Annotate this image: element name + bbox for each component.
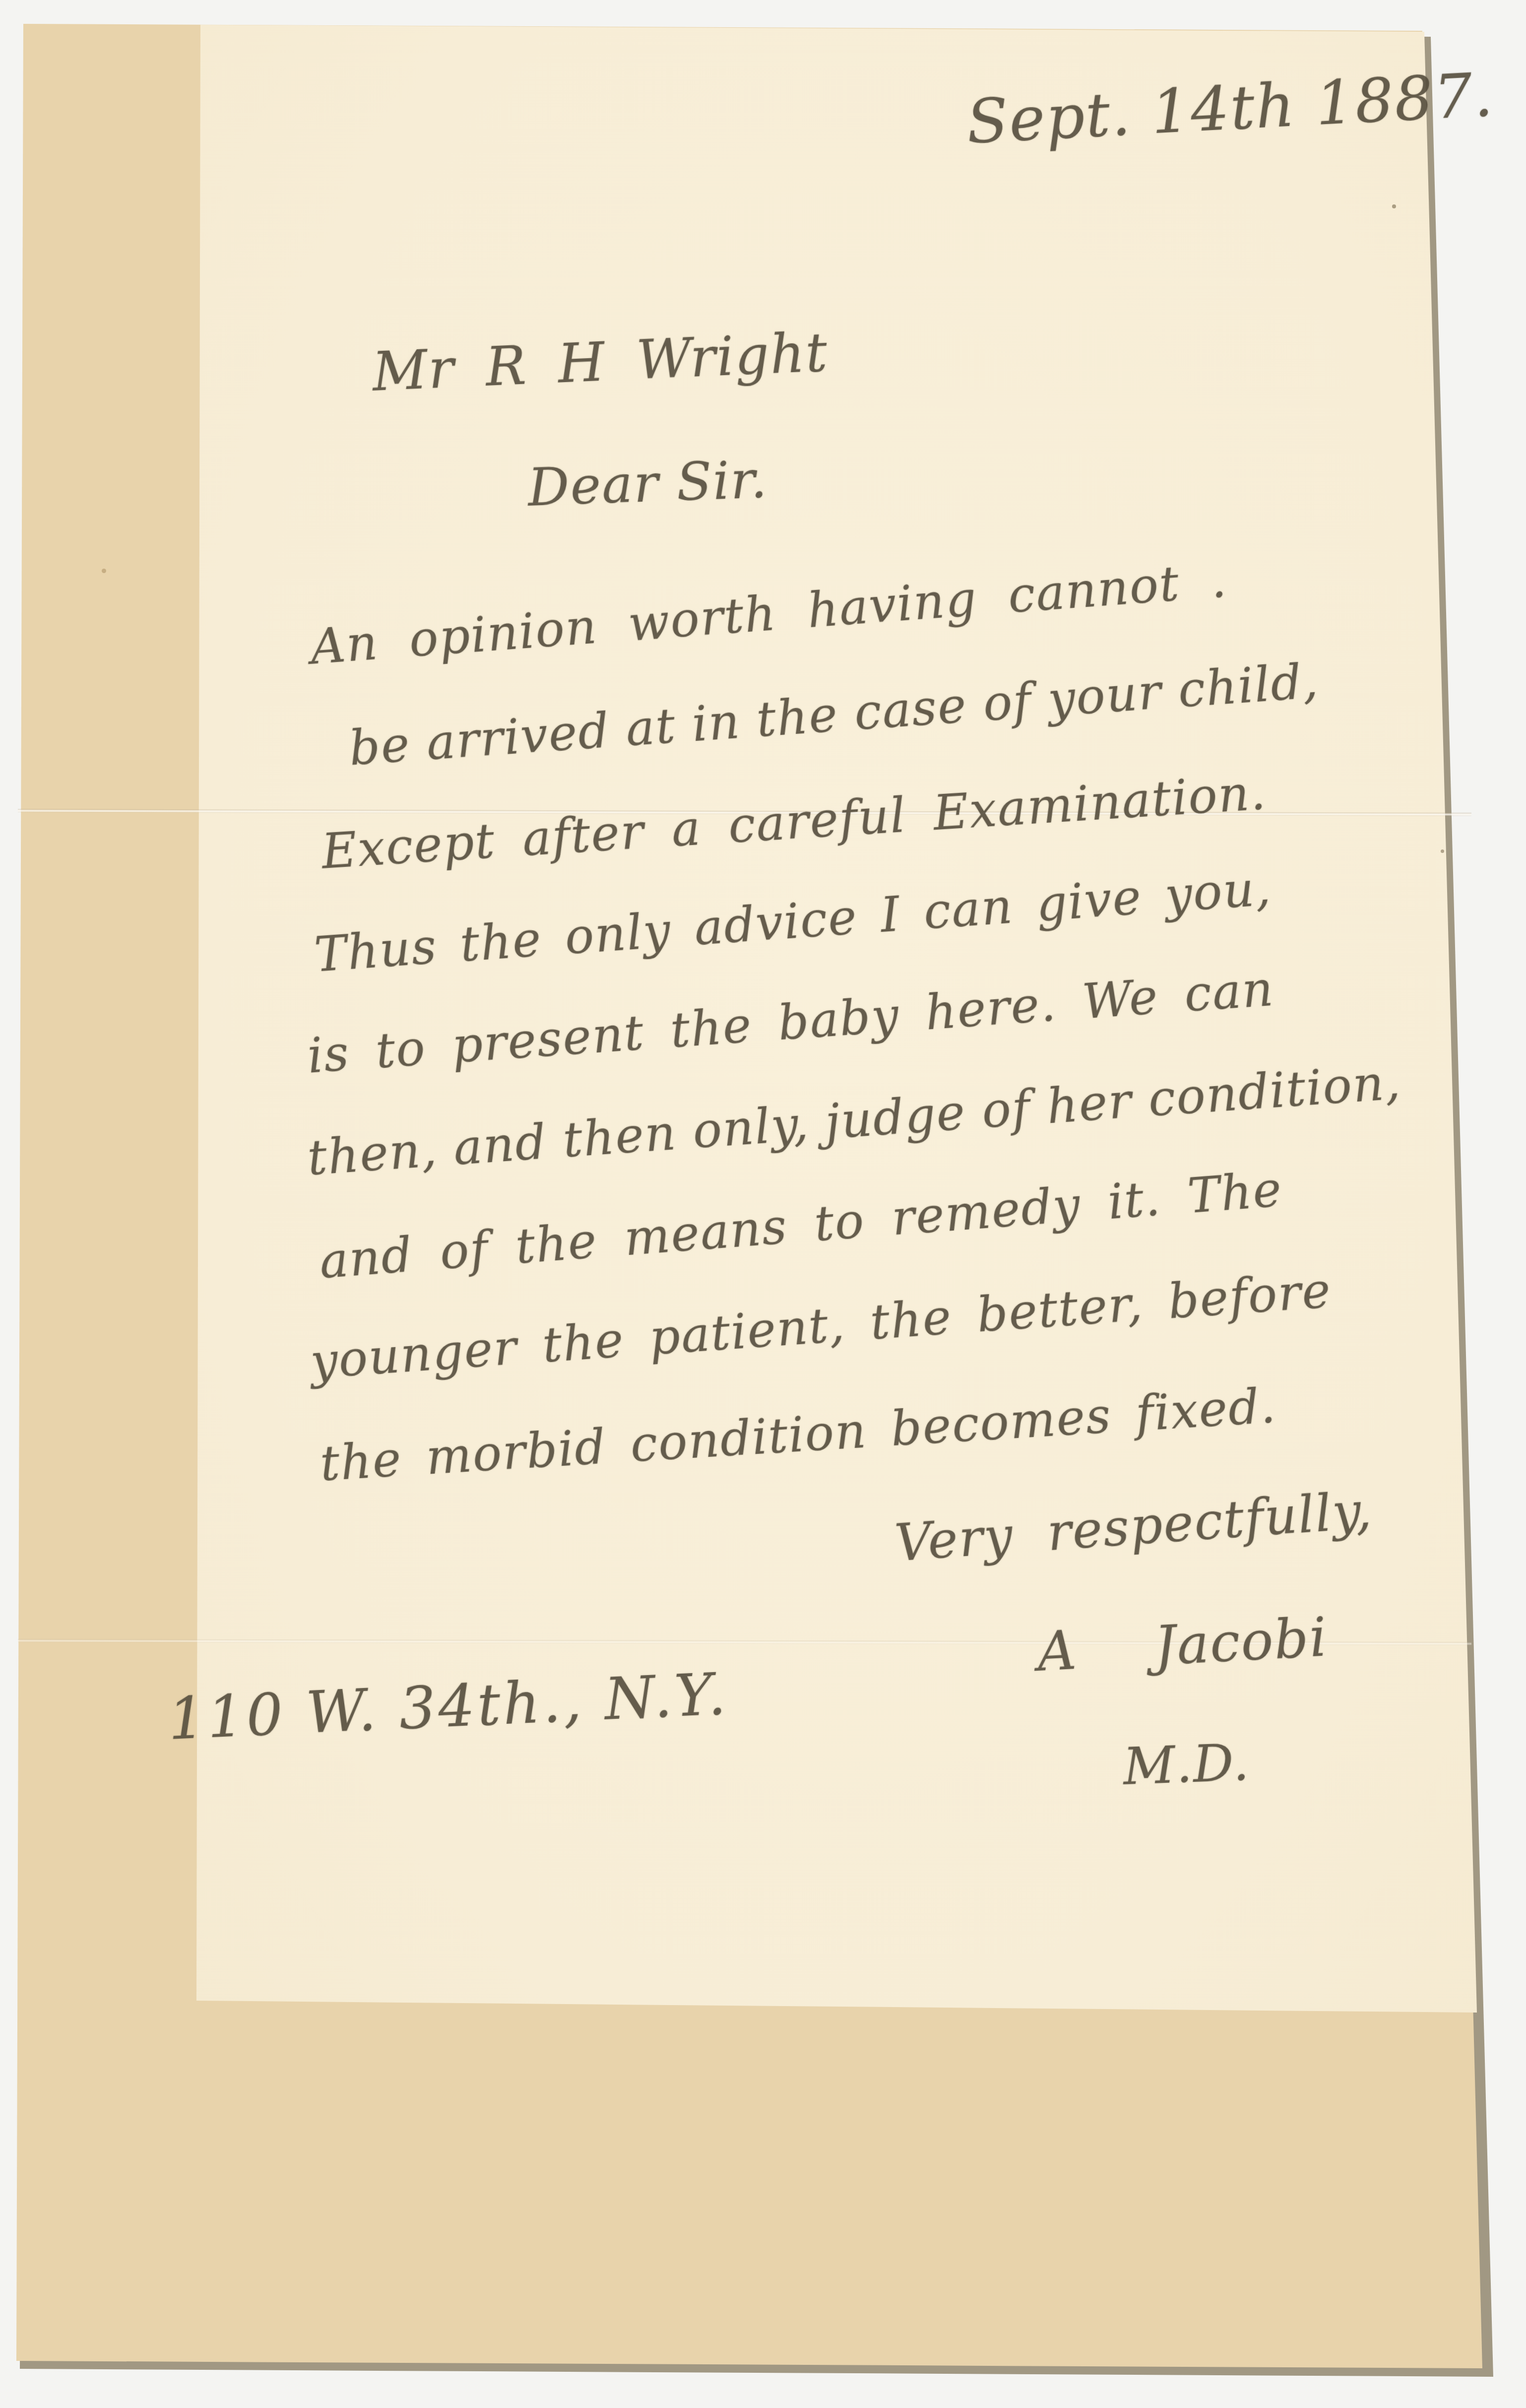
scanner-background: { "document": { "kind": "handwritten-let…: [0, 0, 1526, 2408]
salutation-line: Dear Sir.: [527, 449, 769, 518]
paper-speck: [1441, 849, 1444, 853]
ink-speck: [1392, 204, 1396, 208]
letter-scan: Sept. 14th 1887. Mr R H Wright Dear Sir.…: [0, 0, 1526, 2408]
credentials-line: M.D.: [1122, 1733, 1251, 1797]
paper-speck: [102, 569, 106, 573]
